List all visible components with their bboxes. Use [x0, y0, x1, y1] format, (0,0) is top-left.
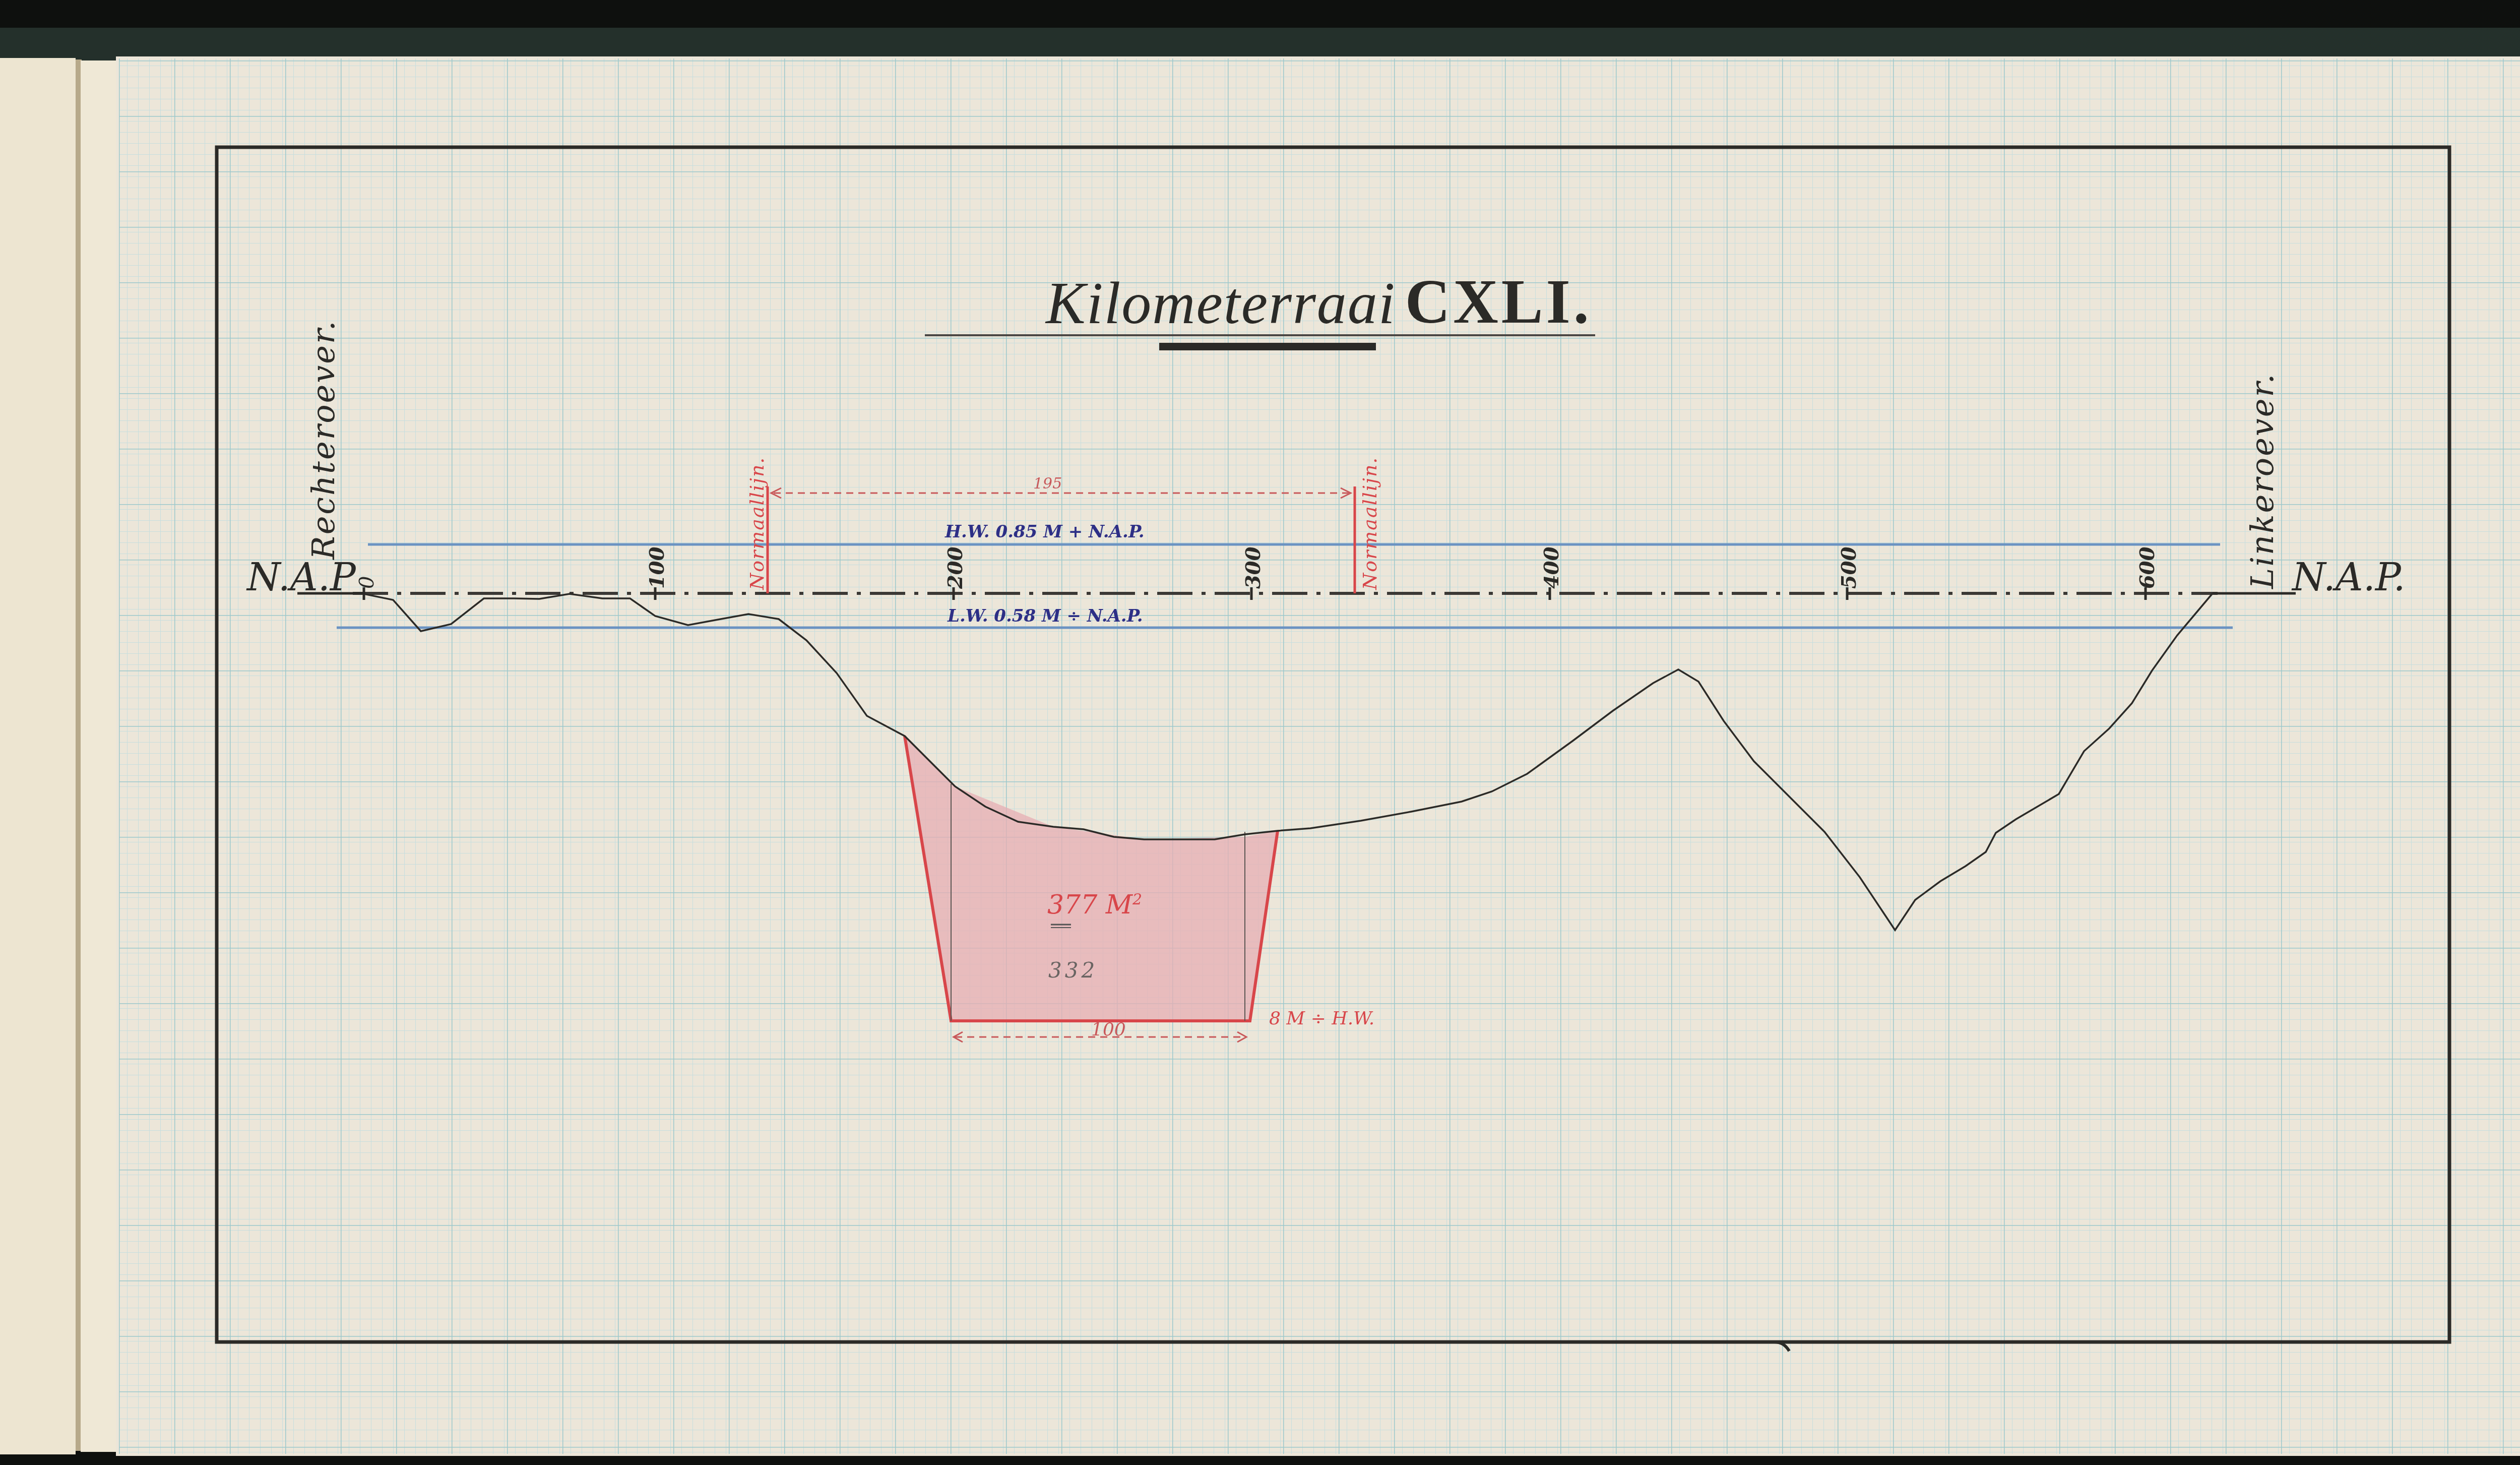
drawing-title: Kilometerraai CXLI.	[1046, 262, 1592, 338]
high-water-label: H.W. 0.85 M + N.A.P.	[945, 522, 1145, 542]
depth-label: 8 M ÷ H.W.	[1269, 1008, 1374, 1029]
scanned-page: Kilometerraai CXLI. Rechteroever. Linker…	[0, 0, 2520, 1465]
bottom-width-label: 100	[1091, 1019, 1126, 1040]
tick-label-100: 100	[645, 547, 669, 589]
title-roman: CXLI.	[1405, 266, 1592, 338]
datum-label-right: N.A.P.	[2292, 555, 2406, 599]
right-bank-label: Linkeroever.	[2244, 373, 2281, 589]
title-underline-bar	[1159, 343, 1376, 350]
tick-label-600: 600	[2135, 547, 2159, 589]
area-secondary-value: 332	[1048, 958, 1098, 983]
tick-label-300: 300	[1241, 547, 1265, 589]
tick-label-0: 0	[355, 576, 379, 589]
tick-label-400: 400	[1540, 547, 1563, 589]
normaallijn-right-label: Normaallijn.	[1359, 457, 1381, 590]
left-facing-page	[0, 58, 76, 1454]
title-script: Kilometerraai	[1046, 269, 1396, 338]
datum-label-left: N.A.P	[247, 555, 356, 599]
area-label: 377 M2	[1047, 890, 1142, 920]
tick-label-200: 200	[943, 547, 967, 589]
tick-label-500: 500	[1837, 547, 1861, 589]
low-water-label: L.W. 0.58 M ÷ N.A.P.	[948, 606, 1143, 626]
normaallijn-width-label: 195	[1033, 475, 1062, 493]
left-bank-label: Rechteroever.	[305, 319, 342, 560]
normaallijn-left-label: Normaallijn.	[746, 457, 768, 590]
